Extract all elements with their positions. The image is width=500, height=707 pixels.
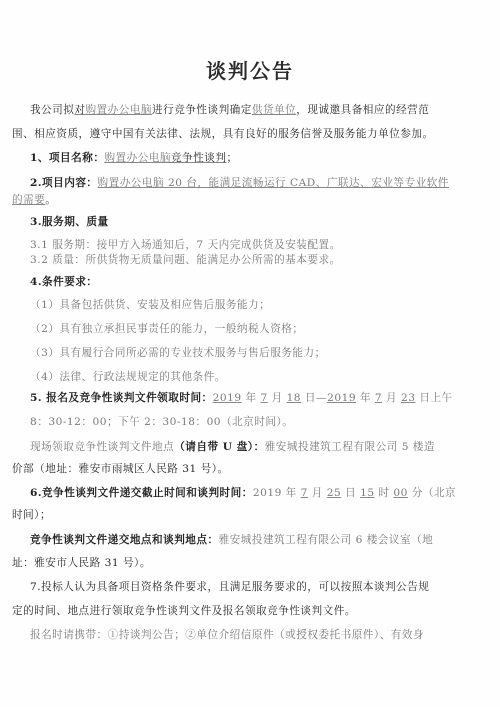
intro-line-1: 我公司拟对购置办公电脑进行竞争性谈判确定供货单位，现诚邀具备相应的经营范 <box>30 103 496 117</box>
date-text: 年 <box>242 392 261 404</box>
item-2-value: 购置办公电脑 20 台，能满足流畅运行 CAD、广联达、宏业等专业软件 <box>98 177 449 189</box>
item-1-label: 1、项目名称： <box>30 152 104 164</box>
date-year: 2019 <box>327 392 356 404</box>
condition-2: （2）具有独立承担民事责任的能力，一般纳税人资格； <box>30 322 496 336</box>
pickup-label: 现场领取竞争性谈判文件地点 <box>30 441 174 453</box>
item-1-value: 购置办公电脑 <box>104 152 171 164</box>
item-2-label: 2.项目内容： <box>30 177 98 189</box>
item-5-label: 5. 报名及竞争性谈判文件领取时间： <box>30 392 213 404</box>
document-page: 谈判公告 我公司拟对购置办公电脑进行竞争性谈判确定供货单位，现诚邀具备相应的经营… <box>0 0 500 707</box>
item-6-label: 6.竞争性谈判文件递交截止时间和谈判时间： <box>30 487 253 499</box>
intro-underline: 对 <box>74 104 85 116</box>
submit-location-value: 雅安城投建筑工程有限公司 6 楼会议室（地 <box>219 534 434 546</box>
pickup-value: 雅安城投建筑工程有限公司 5 楼造 <box>265 441 435 453</box>
date-day: 25 <box>327 487 341 499</box>
date-text: 年 <box>282 487 301 499</box>
item-1-value: 竞争性谈判 <box>171 152 226 164</box>
pickup-location: 现场领取竞争性谈判文件地点（请自带 U 盘）：雅安城投建筑工程有限公司 5 楼造 <box>30 440 496 454</box>
date-text: 日上午 <box>416 392 453 404</box>
date-month: 7 <box>260 392 267 404</box>
date-year: 2019 <box>253 487 282 499</box>
project-name-fill: 购置办公电脑 <box>85 104 152 116</box>
condition-4: （4）法律、行政法规规定的其他条件。 <box>30 370 496 384</box>
item-3-2: 3.2 质量：所供货物无质量问题、能满足办公所需的基本要求。 <box>30 253 496 267</box>
date-year: 2019 <box>213 392 242 404</box>
item-3-2-value: 所供货物无质量问题、能满足办公所需的基本要求。 <box>86 254 341 266</box>
date-day: 23 <box>401 392 415 404</box>
condition-1: （1）具备包括供货、安装及相应售后服务能力； <box>30 298 496 312</box>
item-7-line-1: 7.投标人认为具备项目资格条件要求，且满足服务要求的，可以按照本谈判公告规 <box>30 580 496 594</box>
item-2: 2.项目内容：购置办公电脑 20 台，能满足流畅运行 CAD、广联达、宏业等专业… <box>30 176 496 190</box>
date-text: 年 <box>356 392 375 404</box>
item-2-value: 的需要 <box>12 194 45 206</box>
date-text: 日 <box>341 487 360 499</box>
item-3-1-value: 接甲方入场通知后，7 天内完成供货及安装配置。 <box>97 239 341 251</box>
intro-text: 进行竞争性谈判确定 <box>152 104 252 116</box>
date-month: 7 <box>301 487 308 499</box>
date-text: 月 <box>382 392 401 404</box>
date-text: 月 <box>268 392 287 404</box>
date-minute: 00 <box>393 487 407 499</box>
item-1: 1、项目名称：购置办公电脑竞争性谈判； <box>30 151 496 165</box>
item-3-1: 3.1 服务期：接甲方入场通知后，7 天内完成供货及安装配置。 <box>30 238 496 252</box>
item-5-line-2: 8：30-12：00；下午 2：30-18：00（北京时间）。 <box>30 415 496 429</box>
condition-3: （3）具有履行合同所必需的专业技术服务与售后服务能力； <box>30 346 496 360</box>
date-hour: 15 <box>360 487 374 499</box>
submit-location-label: 竞争性谈判文件递交地点和谈判地点： <box>30 534 219 546</box>
date-text: 日— <box>301 392 327 404</box>
item-2-line-2: 的需要。 <box>12 193 478 207</box>
item-6: 6.竞争性谈判文件递交截止时间和谈判时间：2019 年 7 月 25 日 15 … <box>30 486 496 500</box>
date-text: 分（北京 <box>408 487 456 499</box>
item-5: 5. 报名及竞争性谈判文件领取时间：2019 年 7 月 18 日—2019 年… <box>30 391 496 405</box>
date-text: 时 <box>375 487 394 499</box>
pickup-line-2: 价部（地址：雅安市雨城区人民路 31 号）。 <box>12 462 478 476</box>
item-3-label: 3.服务期、质量 <box>30 215 496 229</box>
intro-line-2: 围、相应资质，遵守中国有关法律、法规，具有良好的服务信誉及服务能力单位参加。 <box>12 127 478 141</box>
submit-location: 竞争性谈判文件递交地点和谈判地点：雅安城投建筑工程有限公司 6 楼会议室（地 <box>30 533 496 547</box>
punct: 。 <box>45 194 56 206</box>
intro-text: 我公司拟 <box>30 104 74 116</box>
date-day: 18 <box>287 392 301 404</box>
item-3-2-label: 3.2 质量： <box>30 254 86 266</box>
punct: ； <box>226 152 237 164</box>
item-6-line-2: 时间）； <box>12 508 478 522</box>
intro-text: ，现诚邀具备相应的经营范 <box>296 104 429 116</box>
item-3-1-label: 3.1 服务期： <box>30 239 97 251</box>
item-7-line-2: 定的时间、地点进行领取竞争性谈判文件及报名领取竞争性谈判文件。 <box>12 604 478 618</box>
submit-location-line-2: 址：雅安市人民路 31 号）。 <box>12 556 478 570</box>
bring-line-1: 报名时请携带：①持谈判公告；②单位介绍信原件（或授权委托书原件）、有效身 <box>30 628 496 642</box>
pickup-note: （请自带 U 盘）： <box>174 441 264 453</box>
supplier-fill: 供货单位 <box>252 104 296 116</box>
item-4-label: 4.条件要求： <box>30 275 496 289</box>
page-title: 谈判公告 <box>0 55 500 84</box>
date-text: 月 <box>308 487 327 499</box>
